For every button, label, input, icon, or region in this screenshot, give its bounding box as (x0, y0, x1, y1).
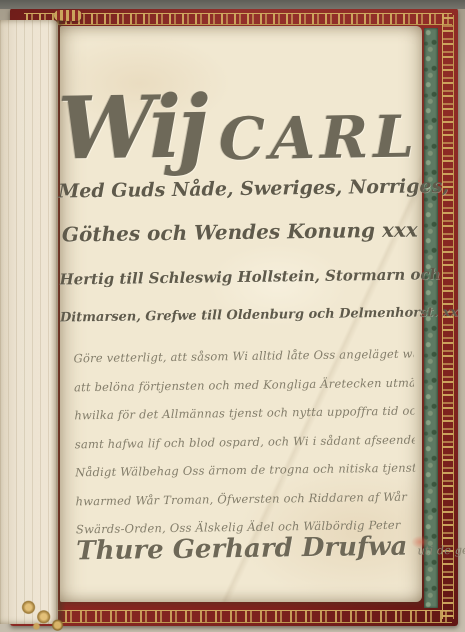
book-scan: Wij CARL Med Guds Nåde, Sweriges, Norrig… (0, 0, 465, 632)
title-line: Med Guds Nåde, Sweriges, Norriges, (58, 175, 420, 202)
royal-title-row: Wij CARL (56, 37, 420, 172)
title-line: Hertig till Schleswig Hollstein, Stormar… (59, 265, 421, 288)
recipient-name: Thure Gerhard Drufwa (76, 532, 408, 567)
royal-name: CARL (218, 107, 419, 171)
manuscript-text: Wij CARL Med Guds Nåde, Sweriges, Norrig… (56, 24, 426, 605)
scan-top-shadow (0, 0, 465, 9)
signature-row: Thure Gerhard Drufwa uti de genom (76, 532, 421, 567)
body-line: Nådigt Wälbehag Oss ärnom de trogna och … (75, 454, 415, 487)
body-line: Göre vetterligt, att såsom Wi alltid låt… (73, 340, 413, 373)
royal-initial-monogram: Wij (57, 84, 205, 172)
title-line: Göthes och Wendes Konung xxx (59, 217, 421, 246)
body-line: hwilka för det Allmännas tjenst och nytt… (74, 397, 414, 430)
title-line: Ditmarsen, Grefwe till Oldenburg och Del… (60, 305, 422, 325)
body-text-block: Göre vetterligt, att såsom Wi alltid låt… (73, 340, 416, 544)
clasp-ornament (14, 594, 80, 632)
manuscript-page: Wij CARL Med Guds Nåde, Sweriges, Norrig… (60, 26, 422, 602)
